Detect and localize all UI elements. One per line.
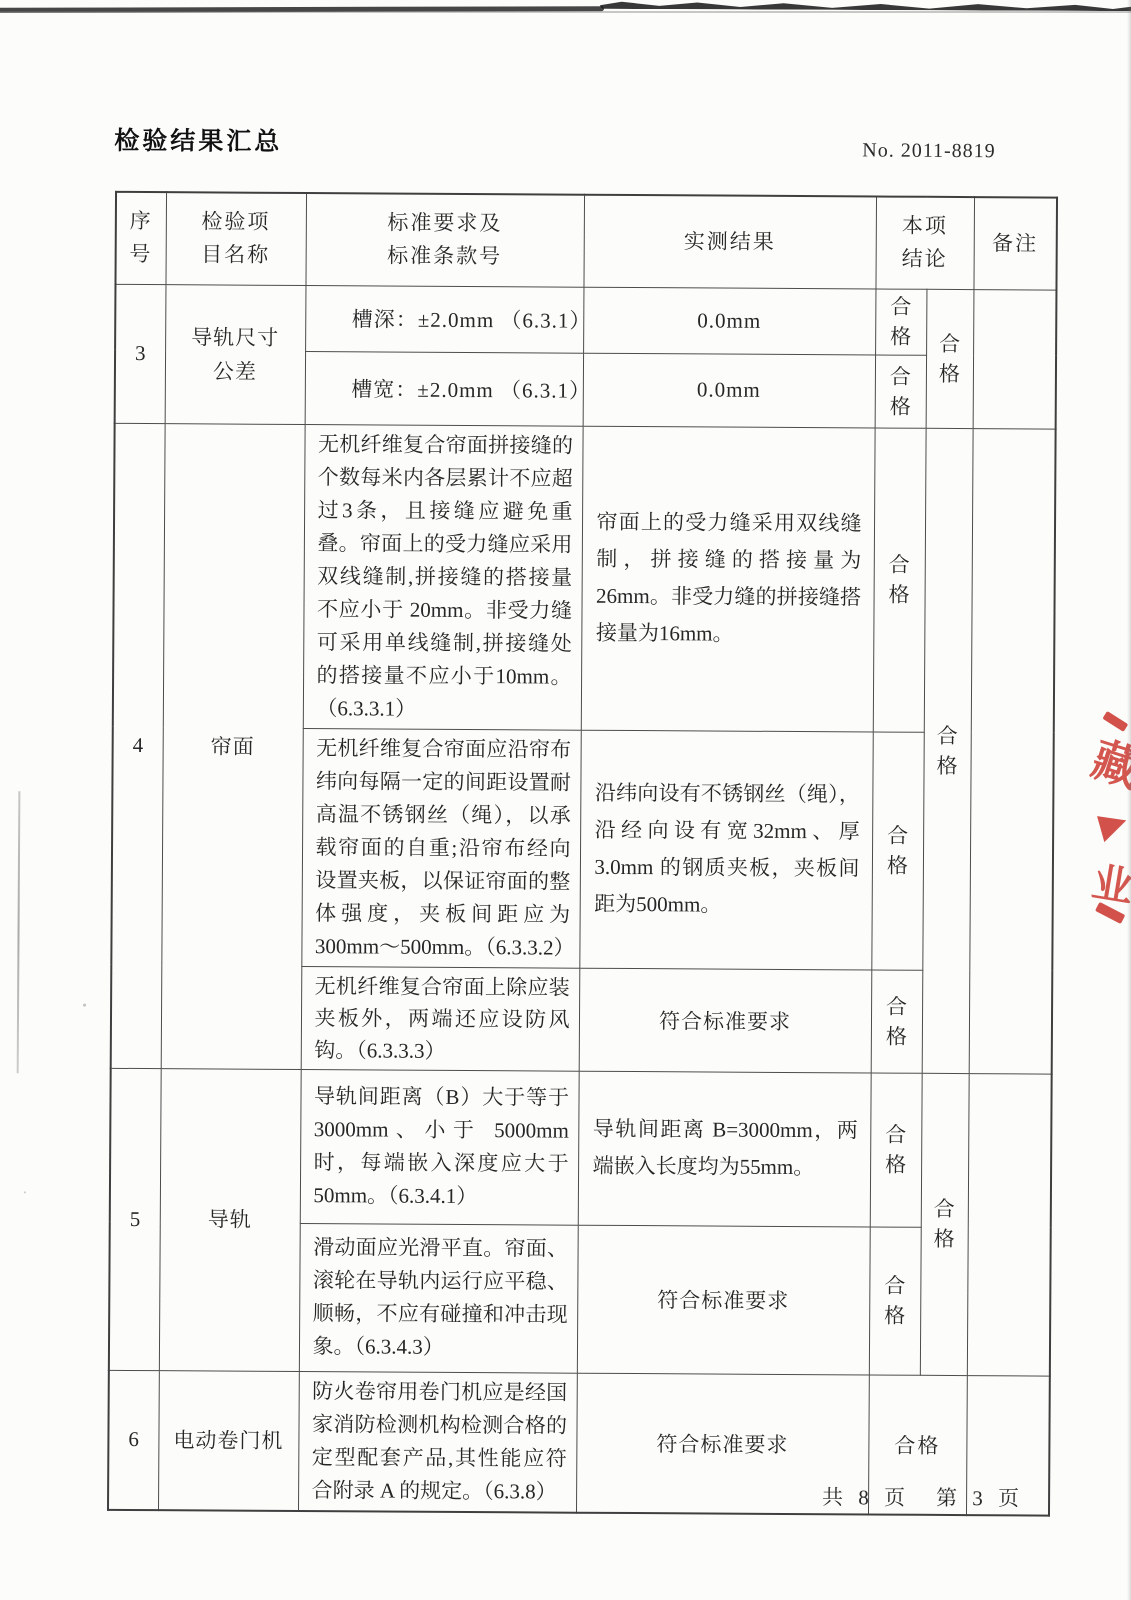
col-header-item: 检验项 目名称 — [165, 192, 306, 285]
conclusion-text: 合格 — [889, 361, 912, 421]
cell-seq-4: 4 — [111, 423, 165, 1068]
cell-conclusion-sub-4-3: 合格 — [871, 969, 923, 1072]
scan-edge-shadow — [1127, 0, 1131, 1600]
cell-result-3-1: 0.0mm — [583, 287, 875, 355]
cell-conclusion-sub-3-2: 合格 — [875, 354, 926, 427]
cell-result-5-2: 符合标准要求 — [577, 1225, 870, 1375]
cell-result-3-2: 0.0mm — [583, 353, 875, 428]
conclusion-text: 合格 — [883, 1271, 906, 1331]
table-header-row: 序 号 检验项 目名称 标准要求及 标准条款号 实测结果 本项 结论 备注 — [115, 192, 1057, 290]
conclusion-text: 合格 — [933, 1194, 956, 1254]
cell-conclusion-sub-5-2: 合格 — [869, 1226, 921, 1374]
scanned-document-page: 检验结果汇总 No. 2011-8819 序 号 检验项 目名称 标准要求及 标… — [0, 0, 1131, 1600]
red-seal-star-fragment — [1097, 809, 1130, 842]
conclusion-text: 合格 — [885, 991, 908, 1051]
cell-standard-3-1: 槽深：±2.0mm （6.3.1） — [305, 285, 583, 353]
col-header-remark: 备注 — [973, 197, 1057, 290]
cell-remark-5 — [967, 1073, 1052, 1376]
cell-item-6: 电动卷门机 — [158, 1370, 299, 1510]
conclusion-text: 合格 — [889, 292, 912, 352]
cell-conclusion-sub-5-1: 合格 — [870, 1072, 922, 1226]
cell-conclusion-overall-4: 合格 — [922, 428, 973, 1073]
page-footer-pagination: 共 8 页 第 3 页 — [652, 1480, 1024, 1512]
cell-result-4-3: 符合标准要求 — [579, 968, 872, 1073]
conclusion-text: 合格 — [935, 720, 958, 780]
page-title: 检验结果汇总 — [114, 121, 282, 158]
cell-item-4: 帘面 — [161, 423, 305, 1069]
scan-speck-artifact — [83, 1004, 86, 1007]
cell-remark-4 — [969, 428, 1056, 1073]
conclusion-text: 合格 — [886, 821, 909, 881]
scan-fold-line-artifact — [17, 791, 21, 1073]
cell-item-3: 导轨尺寸 公差 — [165, 284, 306, 424]
col-header-conclusion: 本项 结论 — [875, 196, 974, 289]
cell-item-5: 导轨 — [159, 1068, 301, 1371]
cell-result-5-1: 导轨间距离 B=3000mm，两端嵌入长度均为55mm。 — [578, 1071, 871, 1227]
cell-seq-3: 3 — [115, 284, 166, 423]
cell-standard-5-1: 导轨间距离（B）大于等于3000mm、小于 5000mm 时，每端嵌入深度应大于… — [300, 1069, 579, 1225]
cell-standard-3-2: 槽宽：±2.0mm （6.3.1） — [305, 351, 583, 426]
red-seal-character: 业 — [1088, 849, 1131, 914]
cell-standard-6-1: 防火卷帘用卷门机应是经国家消防检测机构检测合格的定型配套产品,其性能应符合附录 … — [298, 1371, 577, 1512]
cell-conclusion-sub-4-1: 合格 — [873, 427, 926, 731]
cell-conclusion-sub-3-1: 合格 — [875, 288, 926, 354]
cell-conclusion-overall-3: 合格 — [926, 289, 974, 428]
cell-result-4-1: 帘面上的受力缝采用双线缝制，拼接缝的搭接量为 26mm。非受力缝的拼接缝搭接量为… — [581, 426, 875, 732]
cell-standard-5-2: 滑动面应光滑平直。帘面、滚轮在导轨内运行应平稳、顺畅，不应有碰撞和冲击现象。（6… — [299, 1223, 578, 1373]
col-header-seq: 序 号 — [115, 192, 166, 284]
cell-result-4-2: 沿纬向设有不锈钢丝（绳），沿经向设有宽32mm、厚 3.0mm 的钢质夹板，夹板… — [579, 730, 872, 970]
cell-conclusion-overall-5: 合格 — [920, 1073, 969, 1375]
cell-standard-4-1: 无机纤维复合帘面拼接缝的个数每米内各层累计不应超过3条，且接缝应避免重叠。帘面上… — [303, 424, 583, 730]
table-row: 5 导轨 导轨间距离（B）大于等于3000mm、小于 5000mm 时，每端嵌入… — [110, 1068, 1052, 1228]
conclusion-text: 合格 — [888, 550, 911, 610]
document-number: No. 2011-8819 — [862, 139, 996, 163]
cell-standard-4-3: 无机纤维复合帘面上除应装夹板外，两端还应设防风钩。（6.3.3.3） — [301, 966, 580, 1071]
cell-conclusion-sub-4-2: 合格 — [871, 731, 923, 969]
scan-speck-artifact — [24, 1191, 26, 1193]
table-row: 3 导轨尺寸 公差 槽深：±2.0mm （6.3.1） 0.0mm 合格 合格 — [115, 284, 1056, 356]
inspection-results-table: 序 号 检验项 目名称 标准要求及 标准条款号 实测结果 本项 结论 备注 3 … — [107, 191, 1058, 1516]
cell-remark-3 — [973, 289, 1057, 429]
cell-standard-4-2: 无机纤维复合帘面应沿帘布纬向每隔一定的间距设置耐高温不锈钢丝（绳），以承载帘面的… — [301, 728, 580, 968]
red-seal-character: 藏 — [1085, 722, 1131, 800]
col-header-result: 实测结果 — [583, 195, 876, 289]
cell-seq-6: 6 — [108, 1370, 159, 1510]
conclusion-text: 合格 — [884, 1120, 907, 1180]
page-content: 检验结果汇总 No. 2011-8819 序 号 检验项 目名称 标准要求及 标… — [0, 0, 1131, 1600]
conclusion-text: 合格 — [938, 328, 961, 388]
table-row: 4 帘面 无机纤维复合帘面拼接缝的个数每米内各层累计不应超过3条，且接缝应避免重… — [113, 423, 1056, 733]
cell-seq-5: 5 — [109, 1068, 161, 1370]
col-header-standard: 标准要求及 标准条款号 — [305, 193, 584, 287]
